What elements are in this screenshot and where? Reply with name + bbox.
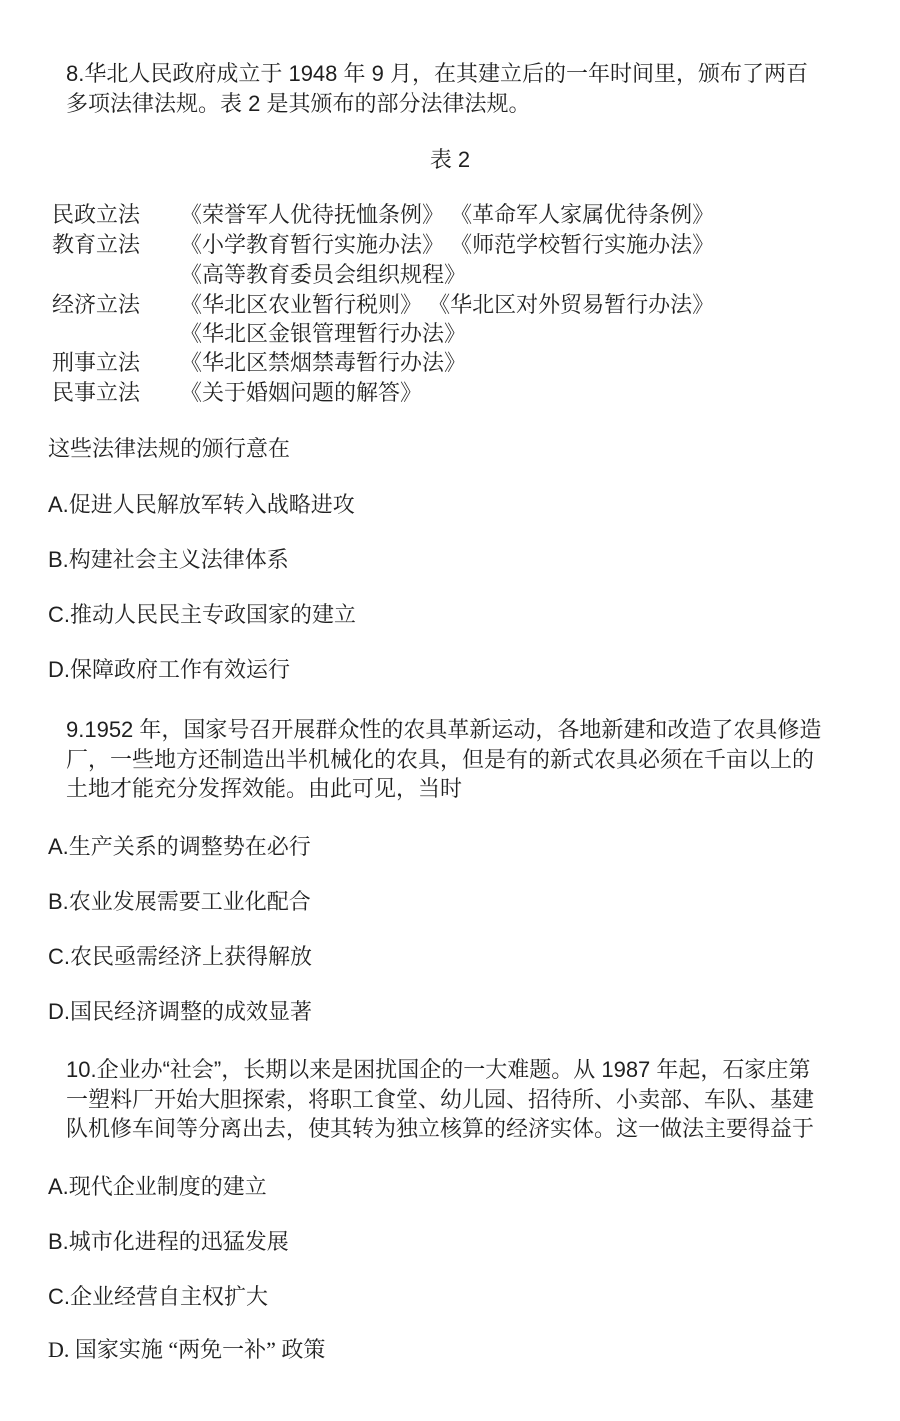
table-row-content: 《华北区禁烟禁毒暂行办法》 xyxy=(180,351,466,374)
question-8-stem-line-1: 8.华北人民政府成立于 1948 年 9 月，在其建立后的一年时间里，颁布了两百 xyxy=(66,62,808,85)
table-row-label: 刑事立法 xyxy=(52,351,140,374)
question-8-option-d: D.保障政府工作有效运行 xyxy=(48,658,290,681)
question-8-stem-line-2: 多项法律法规。表 2 是其颁布的部分法律法规。 xyxy=(66,92,530,115)
table-row-label: 教育立法 xyxy=(52,233,140,256)
question-9-option-b: B.农业发展需要工业化配合 xyxy=(48,890,311,913)
question-9-stem-line-2: 厂，一些地方还制造出半机械化的农具，但是有的新式农具必须在千亩以上的 xyxy=(66,748,814,771)
table-row-content: 《华北区金银管理暂行办法》 xyxy=(180,322,466,345)
table-row-content: 《荣誉军人优待抚恤条例》 《革命军人家属优待条例》 xyxy=(180,203,714,226)
question-10-option-b: B.城市化进程的迅猛发展 xyxy=(48,1230,289,1253)
table-row-content: 《高等教育委员会组织规程》 xyxy=(180,263,466,286)
question-10-stem-line-1: 10.企业办“社会”，长期以来是困扰国企的一大难题。从 1987 年起，石家庄第 xyxy=(66,1058,810,1081)
question-8-prompt: 这些法律法规的颁行意在 xyxy=(48,437,290,460)
question-8-option-a: A.促进人民解放军转入战略进攻 xyxy=(48,493,355,516)
question-10-option-d: D. 国家实施 “两免一补” 政策 xyxy=(48,1338,325,1361)
table-row-label: 民事立法 xyxy=(52,381,140,404)
question-9-stem-line-3: 土地才能充分发挥效能。由此可见，当时 xyxy=(66,777,462,800)
table-row-label: 经济立法 xyxy=(52,293,140,316)
question-10-option-c: C.企业经营自主权扩大 xyxy=(48,1285,268,1308)
question-9-option-c: C.农民亟需经济上获得解放 xyxy=(48,945,312,968)
question-9-option-d: D.国民经济调整的成效显著 xyxy=(48,1000,312,1023)
question-8-option-c: C.推动人民民主专政国家的建立 xyxy=(48,603,356,626)
question-10-option-a: A.现代企业制度的建立 xyxy=(48,1175,267,1198)
table-row-content: 《华北区农业暂行税则》 《华北区对外贸易暂行办法》 xyxy=(180,293,714,316)
question-10-stem-line-2: 一塑料厂开始大胆探索，将职工食堂、幼儿园、招待所、小卖部、车队、基建 xyxy=(66,1088,814,1111)
exam-page: 8.华北人民政府成立于 1948 年 9 月，在其建立后的一年时间里，颁布了两百… xyxy=(0,0,900,1421)
table-row-content: 《关于婚姻问题的解答》 xyxy=(180,381,422,404)
question-9-option-a: A.生产关系的调整势在必行 xyxy=(48,835,311,858)
question-10-stem-line-3: 队机修车间等分离出去，使其转为独立核算的经济实体。这一做法主要得益于 xyxy=(66,1117,814,1140)
table-2-caption: 表 2 xyxy=(0,148,900,171)
question-8-option-b: B.构建社会主义法律体系 xyxy=(48,548,289,571)
question-9-stem-line-1: 9.1952 年，国家号召开展群众性的农具革新运动，各地新建和改造了农具修造 xyxy=(66,718,821,741)
table-row-label: 民政立法 xyxy=(52,203,140,226)
table-row-content: 《小学教育暂行实施办法》 《师范学校暂行实施办法》 xyxy=(180,233,714,256)
